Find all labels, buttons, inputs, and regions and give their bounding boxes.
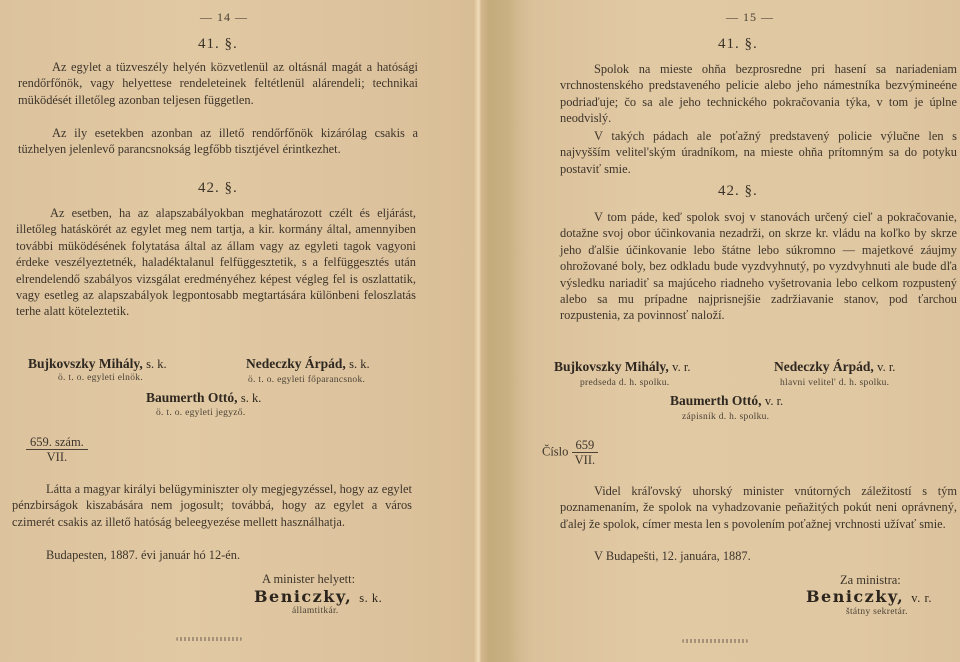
section-42-paragraph-1: V tom páde, keď spolok svoj v stanovách … [560,209,957,324]
section-41-title: 41. §. [718,36,758,53]
signatory-role: ö. t. o. egyleti elnök. [58,373,143,383]
section-41-paragraph-2: Az ily esetekben azonban az illető rendő… [18,125,418,158]
date-line: Budapesten, 1887. évi január hó 12-én. [46,547,240,563]
section-42-paragraph-1: Az esetben, ha az alapszabályokban megha… [16,205,416,320]
reference-number: 659. szám.VII. [26,435,88,464]
signatory-name: Nedeczky Árpád, s. k. [246,356,370,372]
on-behalf-label: A minister helyett: [262,572,355,587]
signatory-name: Baumerth Ottó, v. r. [670,393,783,409]
book-gutter [474,0,534,662]
signatory-name: Nedeczky Árpád, v. r. [774,359,895,375]
section-41-paragraph-2: V takých pádach ale poťažný predstavený … [560,128,957,177]
signatory-role: predseda d. h. spolku. [580,378,669,388]
section-42-title: 42. §. [718,183,758,200]
signatory-role: ö. t. o. egyleti főparancsnok. [248,375,365,385]
official-signature: Beniczky, v. r. [806,587,932,606]
section-41-title: 41. §. [198,36,238,53]
ornament-divider [682,639,748,643]
official-role: államtitkár. [292,606,339,616]
official-signature: Beniczky, s. k. [254,587,382,606]
signatory-role: zápisník d. h. spolku. [682,412,769,422]
signatory-name: Baumerth Ottó, s. k. [146,390,261,406]
section-41-paragraph-1: Az egylet a tüzveszély helyén közvetlenü… [18,59,418,108]
section-42-title: 42. §. [198,180,238,197]
on-behalf-label: Za ministra: [840,573,901,588]
ornament-divider [176,637,242,641]
signatory-role: hlavni velitel' d. h. spolku. [780,378,889,388]
reference-number: Číslo 659VII. [542,438,598,467]
right-page: — 15 — 41. §. Spolok na mieste ohňa bezp… [534,0,960,662]
signatory-name: Bujkovszky Mihály, v. r. [554,359,690,375]
page-number: — 14 — [200,10,248,25]
date-line: V Budapešti, 12. januára, 1887. [594,548,751,564]
official-role: štátny sekretár. [846,607,908,617]
document-spread: — 14 — 41. §. Az egylet a tüzveszély hel… [0,0,960,662]
section-41-paragraph-1: Spolok na mieste ohňa bezprosredne pri h… [560,61,957,127]
left-page: — 14 — 41. §. Az egylet a tüzveszély hel… [0,0,474,662]
approval-paragraph: Videl kráľovský uhorský minister vnútorn… [560,483,957,532]
page-number: — 15 — [726,10,774,25]
signatory-role: ö. t. o. egyleti jegyző. [156,408,246,418]
approval-paragraph: Látta a magyar királyi belügyminiszter o… [12,481,412,530]
signatory-name: Bujkovszky Mihály, s. k. [28,356,167,372]
